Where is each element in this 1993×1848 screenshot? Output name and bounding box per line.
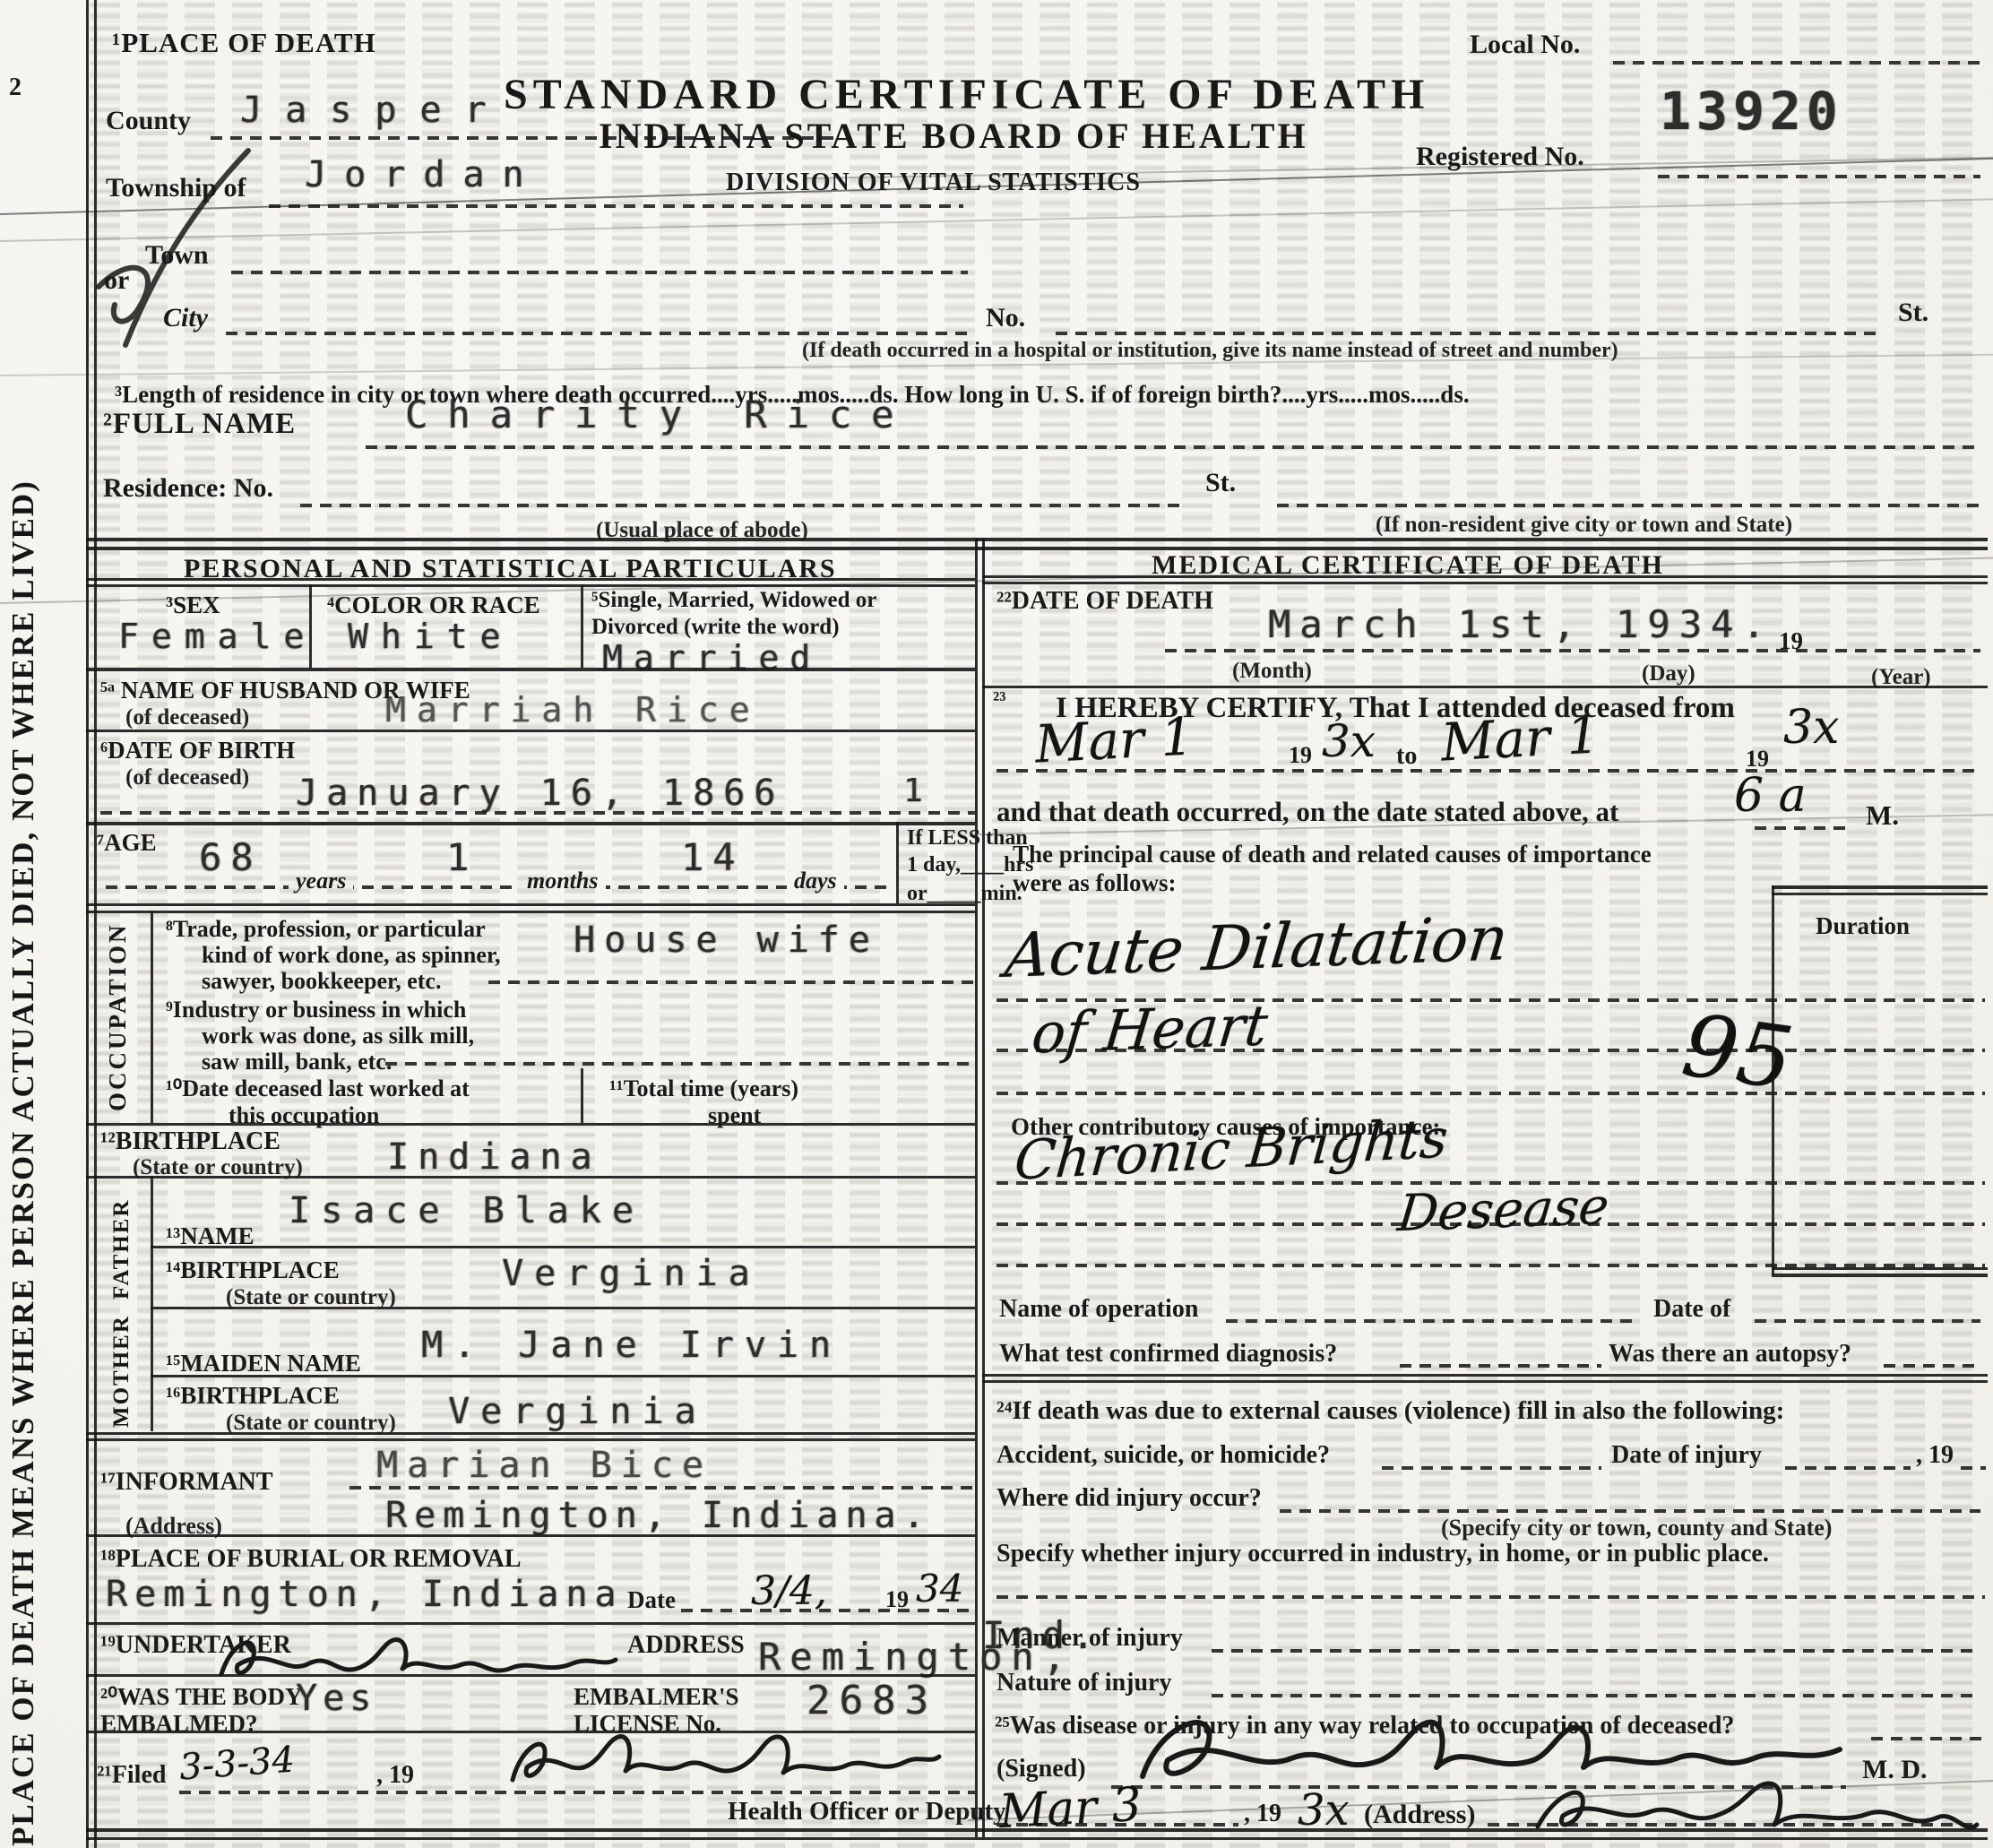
cause-of-death-line2: of Heart bbox=[1029, 992, 1271, 1066]
embalmer-license-value: 2683 bbox=[807, 1678, 937, 1723]
city-st-label: St. bbox=[1898, 298, 1928, 328]
dod-month-note: (Month) bbox=[1232, 659, 1312, 684]
injury-19-blank bbox=[1961, 1466, 1986, 1470]
informant-address-value: Remington, Indiana. bbox=[385, 1495, 932, 1536]
sign-date-value: Mar 3 bbox=[998, 1778, 1143, 1839]
pen-flourish bbox=[82, 143, 262, 354]
accident-label: Accident, suicide, or homicide? bbox=[996, 1441, 1330, 1470]
mother-name-label: ¹⁵MAIDEN NAME bbox=[166, 1350, 361, 1377]
autopsy-blank bbox=[1884, 1364, 1980, 1368]
injury-date-blank bbox=[1785, 1466, 1911, 1470]
address-signature bbox=[1523, 1773, 1989, 1844]
autopsy-rule-1 bbox=[982, 1374, 1988, 1377]
duration-box-top-2 bbox=[1772, 893, 1988, 895]
registered-no-label: Registered No. bbox=[1416, 142, 1584, 172]
cause-of-death-line1: Acute Dilatation bbox=[1002, 903, 1511, 992]
section-divider-top-2 bbox=[86, 547, 1988, 550]
duration-box-top-1 bbox=[1772, 885, 1988, 889]
mother-name-rule bbox=[151, 1375, 975, 1377]
attended-from-value: Mar 1 bbox=[1033, 705, 1195, 774]
occurred-m-label: M. bbox=[1866, 799, 1899, 832]
occ-lastworked-label-line1: ¹⁰Date deceased last worked at bbox=[166, 1075, 470, 1102]
township-blank bbox=[269, 204, 963, 208]
age-blank bbox=[106, 885, 893, 889]
dod-blank bbox=[1165, 649, 1980, 652]
sex-label: ³SEX bbox=[166, 592, 220, 619]
occ-industry-label-line2: work was done, as silk mill, bbox=[202, 1023, 474, 1049]
duration-box-bottom-1 bbox=[1772, 1267, 1988, 1270]
occ-trade-label-line3: sawyer, bookkeeper, etc. bbox=[202, 968, 441, 995]
race-marital-divider bbox=[581, 584, 583, 668]
occ-trade-blank bbox=[488, 980, 975, 984]
age-years-unit: years bbox=[289, 868, 353, 894]
spouse-value: Marriah Rice bbox=[385, 690, 761, 730]
race-value: White bbox=[348, 617, 513, 656]
principal-cause-label-line2: were as follows: bbox=[1013, 869, 1176, 897]
cause-blank-3 bbox=[996, 1092, 1985, 1095]
contributory-line2: Desease bbox=[1395, 1178, 1612, 1243]
dod-day-note: (Day) bbox=[1642, 661, 1695, 687]
where-injury-label: Where did injury occur? bbox=[996, 1484, 1262, 1513]
occ-industry-blank bbox=[385, 1062, 975, 1066]
embalmer-license-label-line1: EMBALMER'S bbox=[574, 1683, 739, 1711]
marital-value: Married bbox=[602, 638, 821, 678]
to-year-value: 3x bbox=[1783, 701, 1839, 755]
sign-address-label: (Address) bbox=[1364, 1800, 1475, 1830]
age-cell-divider bbox=[896, 822, 899, 903]
city-blank bbox=[226, 332, 970, 335]
burial-rule bbox=[86, 1622, 975, 1625]
burial-place-value: Remington, Indiana bbox=[106, 1574, 623, 1615]
residence-st-label: St. bbox=[1205, 468, 1236, 498]
birthplace-label: ¹²BIRTHPLACE bbox=[100, 1127, 280, 1156]
cause-duration-value: 95 bbox=[1677, 995, 1799, 1110]
occupation-side-label: OCCUPATION bbox=[104, 928, 132, 1111]
health-officer-signature bbox=[495, 1728, 952, 1792]
undertaker-signature bbox=[211, 1629, 623, 1687]
burial-date-value: 3/4, bbox=[751, 1568, 827, 1614]
parents-strip-divider bbox=[151, 1176, 153, 1431]
father-birthplace-rule bbox=[151, 1307, 975, 1309]
marital-label-line1: ⁵Single, Married, Widowed or bbox=[591, 588, 876, 613]
residence-label: Residence: No. bbox=[103, 473, 273, 504]
informant-blank bbox=[349, 1486, 975, 1490]
specify-place-label: Specify whether injury occurred in indus… bbox=[996, 1540, 1769, 1568]
division-label: DIVISION OF VITAL STATISTICS bbox=[726, 168, 1141, 197]
margin-side-note: PLACE OF DEATH MEANS WHERE PERSON ACTUAL… bbox=[5, 260, 41, 1846]
personal-title-rule-2 bbox=[86, 584, 975, 587]
burial-blank bbox=[681, 1609, 975, 1612]
occ-trade-label-line1: ⁸Trade, profession, or particular bbox=[166, 916, 486, 943]
town-blank bbox=[231, 271, 968, 274]
test-label: What test confirmed diagnosis? bbox=[999, 1340, 1337, 1369]
autopsy-label: Was there an autopsy? bbox=[1609, 1340, 1851, 1369]
township-value: Jordan bbox=[305, 154, 542, 195]
occupation-value: House wife bbox=[574, 920, 879, 961]
father-name-rule bbox=[151, 1246, 975, 1248]
personal-title-rule-1 bbox=[86, 578, 975, 581]
occurred-blank bbox=[1755, 826, 1853, 830]
county-label: County bbox=[106, 106, 191, 136]
undertaker-address-label: ADDRESS bbox=[627, 1631, 745, 1660]
hospital-note: (If death occurred in a hospital or inst… bbox=[802, 339, 1618, 363]
injury-date-label: Date of injury bbox=[1611, 1441, 1762, 1470]
contributory-blank-3 bbox=[996, 1264, 1985, 1267]
county-value: Jasper bbox=[240, 90, 510, 131]
certificate-number: 13920 bbox=[1660, 81, 1843, 142]
embalmed-label-line1: ²⁰WAS THE BODY bbox=[100, 1683, 302, 1711]
county-blank bbox=[211, 136, 838, 140]
spouse-rule bbox=[86, 730, 975, 732]
local-no-label: Local No. bbox=[1470, 30, 1580, 60]
birthplace-rule bbox=[86, 1176, 975, 1179]
occ-totaltime-label-line1: ¹¹Total time (years) bbox=[609, 1075, 798, 1102]
to-label: to bbox=[1396, 742, 1417, 771]
accident-blank bbox=[1382, 1466, 1601, 1470]
manner-of-injury-blank bbox=[1212, 1649, 1980, 1653]
date-of-death-value: March 1st, 1934. bbox=[1268, 602, 1774, 646]
spouse-sub-label: (of deceased) bbox=[125, 705, 249, 730]
test-blank bbox=[1400, 1364, 1601, 1368]
specify-city-note: (Specify city or town, county and State) bbox=[1441, 1515, 1832, 1541]
operation-date-label: Date of bbox=[1653, 1295, 1730, 1324]
occ-totaltime-divider bbox=[581, 1068, 583, 1123]
sex-row-rule bbox=[86, 668, 975, 671]
birthplace-value: Indiana bbox=[387, 1136, 601, 1178]
father-side-label: FATHER bbox=[109, 1183, 134, 1300]
full-name-blank bbox=[366, 445, 1979, 449]
mother-rule-2 bbox=[86, 1438, 975, 1441]
age-rule-1 bbox=[86, 903, 975, 906]
specify-place-blank bbox=[996, 1595, 1985, 1599]
occupation-rule bbox=[86, 1123, 975, 1126]
age-rule-2 bbox=[86, 911, 975, 913]
filed-label: ²¹Filed bbox=[97, 1761, 166, 1790]
nonresident-note: (If non-resident give city or town and S… bbox=[1376, 513, 1792, 538]
sign-19-label: , 19 bbox=[1244, 1800, 1281, 1828]
occurred-statement: and that death occurred, on the date sta… bbox=[996, 796, 1618, 828]
occ-industry-label-line3: saw mill, bank, etc. bbox=[202, 1049, 392, 1075]
health-officer-label: Health Officer or Deputy bbox=[728, 1797, 1006, 1826]
operation-date-blank bbox=[1755, 1319, 1980, 1323]
mother-side-label: MOTHER bbox=[109, 1307, 134, 1428]
age-days-unit: days bbox=[787, 868, 844, 894]
related-occupation-blank bbox=[1871, 1737, 1983, 1740]
date-of-death-label: ²²DATE OF DEATH bbox=[996, 587, 1213, 616]
informant-rule bbox=[86, 1534, 975, 1537]
age-months-unit: months bbox=[520, 868, 606, 894]
age-label: ⁷AGE bbox=[97, 829, 157, 857]
section-divider-top-1 bbox=[86, 538, 1988, 541]
operation-blank bbox=[1226, 1319, 1638, 1323]
from-19-label: 19 bbox=[1289, 742, 1312, 769]
mother-name-value: M. Jane Irvin bbox=[421, 1325, 841, 1366]
father-name-value: Isace Blake bbox=[289, 1190, 644, 1231]
full-name-label: ²FULL NAME bbox=[103, 408, 296, 441]
age-years-value: 68 bbox=[199, 835, 263, 879]
burial-year-value: 34 bbox=[916, 1567, 963, 1611]
signed-label: (Signed) bbox=[996, 1755, 1086, 1783]
mother-birthplace-label: ¹⁶BIRTHPLACE bbox=[166, 1382, 340, 1410]
sex-value: Female bbox=[118, 617, 316, 656]
duration-label: Duration bbox=[1816, 912, 1910, 940]
residence-blank bbox=[300, 504, 1183, 507]
age-less-line3: or_____min. bbox=[907, 882, 1022, 906]
marital-label-line2: Divorced (write the word) bbox=[591, 615, 840, 640]
dob-sub-label: (of deceased) bbox=[125, 765, 249, 790]
father-birthplace-value: Verginia bbox=[502, 1253, 761, 1294]
medical-title-rule-2 bbox=[982, 582, 1988, 584]
attended-to-value: Mar 1 bbox=[1439, 704, 1600, 773]
informant-value: Marian Bice bbox=[376, 1445, 712, 1486]
age-days-value: 14 bbox=[681, 835, 745, 879]
informant-label: ¹⁷INFORMANT bbox=[100, 1468, 273, 1497]
nature-of-injury-blank bbox=[1212, 1694, 1980, 1697]
full-name-value: Charity Rice bbox=[405, 393, 913, 436]
principal-cause-label-line1: The principal cause of death and related… bbox=[1013, 841, 1652, 868]
age-less-line1: If LESS than bbox=[907, 826, 1028, 851]
occ-industry-label-line1: ⁹Industry or business in which bbox=[166, 997, 466, 1023]
city-no-blank bbox=[1056, 332, 1880, 335]
where-injury-blank bbox=[1280, 1509, 1980, 1513]
filed-19-label: , 19 bbox=[376, 1761, 414, 1790]
operation-label: Name of operation bbox=[999, 1295, 1198, 1324]
filed-date-value: 3-3-34 bbox=[178, 1740, 297, 1789]
residence-st-blank bbox=[1277, 504, 1980, 507]
occupation-strip-divider bbox=[151, 911, 153, 1123]
from-year-value: 3x bbox=[1322, 715, 1376, 767]
dob-value: January 16, 1866 bbox=[296, 773, 784, 814]
registered-no-blank bbox=[1658, 175, 1980, 178]
medical-title-rule-1 bbox=[982, 575, 1988, 578]
local-no-blank bbox=[1613, 61, 1980, 65]
age-months-value: 1 bbox=[446, 835, 477, 879]
certify-superscript: ²³ bbox=[993, 688, 1005, 712]
form-title: STANDARD CERTIFICATE OF DEATH bbox=[504, 70, 1429, 119]
father-birthplace-label: ¹⁴BIRTHPLACE bbox=[166, 1256, 340, 1284]
nature-of-injury-label: Nature of injury bbox=[996, 1669, 1171, 1697]
dob-blank bbox=[100, 811, 975, 815]
injury-19-label: , 19 bbox=[1916, 1441, 1954, 1470]
dod-rule bbox=[982, 686, 1988, 688]
autopsy-rule-2 bbox=[982, 1380, 1988, 1383]
dob-label: ⁶DATE OF BIRTH bbox=[100, 737, 295, 764]
attended-blank bbox=[996, 769, 1980, 773]
margin-page-number: 2 bbox=[9, 73, 22, 102]
place-of-death-label: ¹PLACE OF DEATH bbox=[112, 27, 376, 59]
embalmed-label-line2: EMBALMED? bbox=[100, 1710, 258, 1738]
external-causes-label: ²⁴If death was due to external causes (v… bbox=[996, 1396, 1784, 1426]
occ-trade-label-line2: kind of work done, as spinner, bbox=[202, 942, 501, 969]
manner-of-injury-label: Manner of injury bbox=[996, 1624, 1183, 1653]
mother-birthplace-value: Verginia bbox=[448, 1391, 707, 1432]
duration-box-bottom-2 bbox=[1772, 1274, 1988, 1277]
dob-rule bbox=[86, 822, 975, 825]
dob-stray-mark: 1 bbox=[903, 773, 931, 809]
burial-date-label: Date bbox=[627, 1586, 676, 1614]
death-certificate-scan: 2 PLACE OF DEATH MEANS WHERE PERSON ACTU… bbox=[0, 0, 1993, 1848]
race-label: ⁴COLOR OR RACE bbox=[327, 592, 540, 619]
burial-label: ¹⁸PLACE OF BURIAL OR REMOVAL bbox=[100, 1545, 522, 1574]
mother-rule-1 bbox=[86, 1432, 975, 1435]
city-no-label: No. bbox=[986, 303, 1025, 333]
occurred-time-value: 6 a bbox=[1734, 769, 1807, 823]
